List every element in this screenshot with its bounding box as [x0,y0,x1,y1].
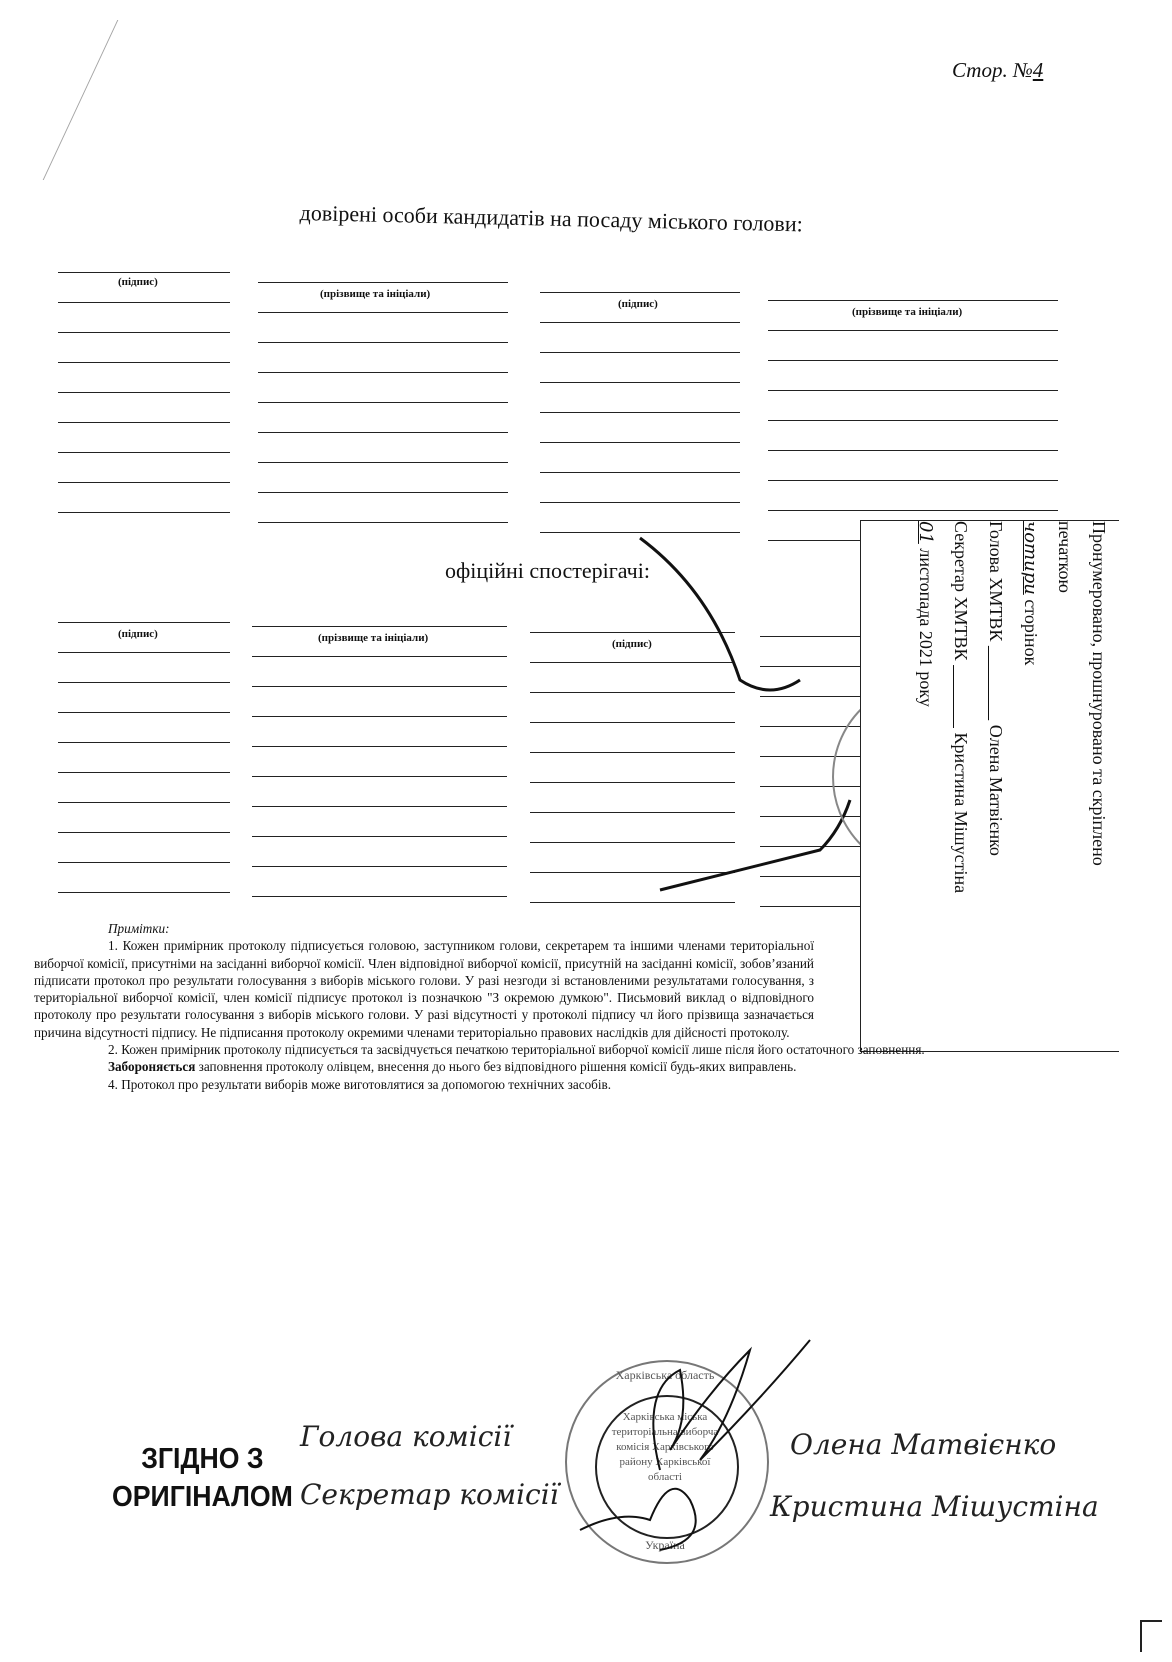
signature-line [258,522,508,523]
signature-line [252,836,507,837]
signature-line [768,450,1058,451]
signature-line [768,510,1058,511]
signature-line [252,656,507,657]
signature-line [58,892,230,893]
secretary-role-handwritten: Секретар комісії [300,1478,559,1511]
signature-line [768,300,1058,301]
head-label: Голова ХМТВК [986,521,1006,641]
signature-line [58,302,230,303]
signature-line [768,330,1058,331]
signature-line [58,512,230,513]
note-item-3-bold: Забороняється [108,1059,195,1074]
note-item-1: 1. Кожен примірник протоколу підписуєтьс… [34,937,814,1041]
pages-label: сторінок [1021,599,1041,665]
signature-caption: (підпис) [618,298,658,310]
signature-line [540,442,740,443]
signature-line [252,716,507,717]
date-day-handwritten: 01 [915,521,936,544]
secretary-label: Секретар ХМТВК [951,521,971,661]
signature-line [258,312,508,313]
note-item-3: Забороняється заповнення протоколу олівц… [34,1058,1074,1075]
signature-line [58,742,230,743]
candidates-proxies-heading: довірені особи кандидатів на посаду місь… [299,200,803,237]
corner-mark [1140,1620,1162,1652]
name-caption: (прізвище та ініціали) [318,632,428,644]
head-signature [985,646,1006,720]
signature-caption: (підпис) [118,628,158,640]
signature-line [258,282,508,283]
signature-line [252,866,507,867]
secretary-name: Кристина Мішустіна [951,733,971,894]
head-name-handwritten: Олена Матвієнко [790,1428,1056,1461]
signature-line [58,272,230,273]
signature-line [58,682,230,683]
signature-line [58,422,230,423]
signature-line [58,482,230,483]
scan-edge-mark [0,20,118,180]
signature-line [252,686,507,687]
signature-line [768,420,1058,421]
signature-caption: (підпис) [118,276,158,288]
signature-line [58,712,230,713]
signature-line [540,322,740,323]
signature-line [540,472,740,473]
signature-line [540,412,740,413]
signature-line [58,452,230,453]
notes-title: Примітки: [34,920,1074,937]
signature-line [58,652,230,653]
signature-line [258,402,508,403]
note-item-2: 2. Кожен примірник протоколу підписуєтьс… [34,1041,1044,1058]
note-item-3-rest: заповнення протоколу олівцем, внесення д… [195,1059,796,1074]
page-number-label: Стор. № [952,58,1033,82]
signature-line [258,492,508,493]
certified-copy-line1: ЗГІДНО З [112,1440,293,1478]
page-number: Стор. №4 [952,58,1043,83]
notes-section: Примітки: 1. Кожен примірник протоколу п… [34,920,1074,1093]
signature-line [258,432,508,433]
signature-line [252,626,507,627]
signature-line [540,502,740,503]
signature-line [58,392,230,393]
signature-line [540,352,740,353]
head-signature-scribble [560,1330,820,1570]
signature-line [540,382,740,383]
certified-copy-stamp: ЗГІДНО З ОРИГІНАЛОМ [112,1440,293,1516]
name-caption: (прізвище та ініціали) [320,288,430,300]
head-role-handwritten: Голова комісії [300,1420,511,1453]
signature-line [58,622,230,623]
certified-copy-line2: ОРИГІНАЛОМ [112,1478,293,1516]
signature-line [258,342,508,343]
signature-line [540,292,740,293]
binding-line1: Пронумеровано, прошнуровано та скріплено [1082,521,1116,1051]
signature-line [58,332,230,333]
strike-through-mark [620,530,880,910]
signature-line [58,832,230,833]
page-number-value: 4 [1033,58,1044,82]
signature-line [768,360,1058,361]
head-name: Олена Матвієнко [986,725,1006,856]
signature-line [768,480,1058,481]
signature-line [252,746,507,747]
pages-count-handwritten: чотири [1020,521,1041,595]
signature-line [768,390,1058,391]
signature-line [252,776,507,777]
signature-line [58,772,230,773]
secretary-signature [950,665,971,728]
date-rest: листопада 2021 року [916,548,936,707]
signature-line [252,896,507,897]
signature-line [58,862,230,863]
name-caption: (прізвище та ініціали) [852,306,962,318]
signature-line [252,806,507,807]
note-item-4: 4. Протокол про результати виборів може … [34,1076,1074,1093]
signature-line [258,372,508,373]
signature-line [258,462,508,463]
signature-line [58,362,230,363]
signature-line [58,802,230,803]
